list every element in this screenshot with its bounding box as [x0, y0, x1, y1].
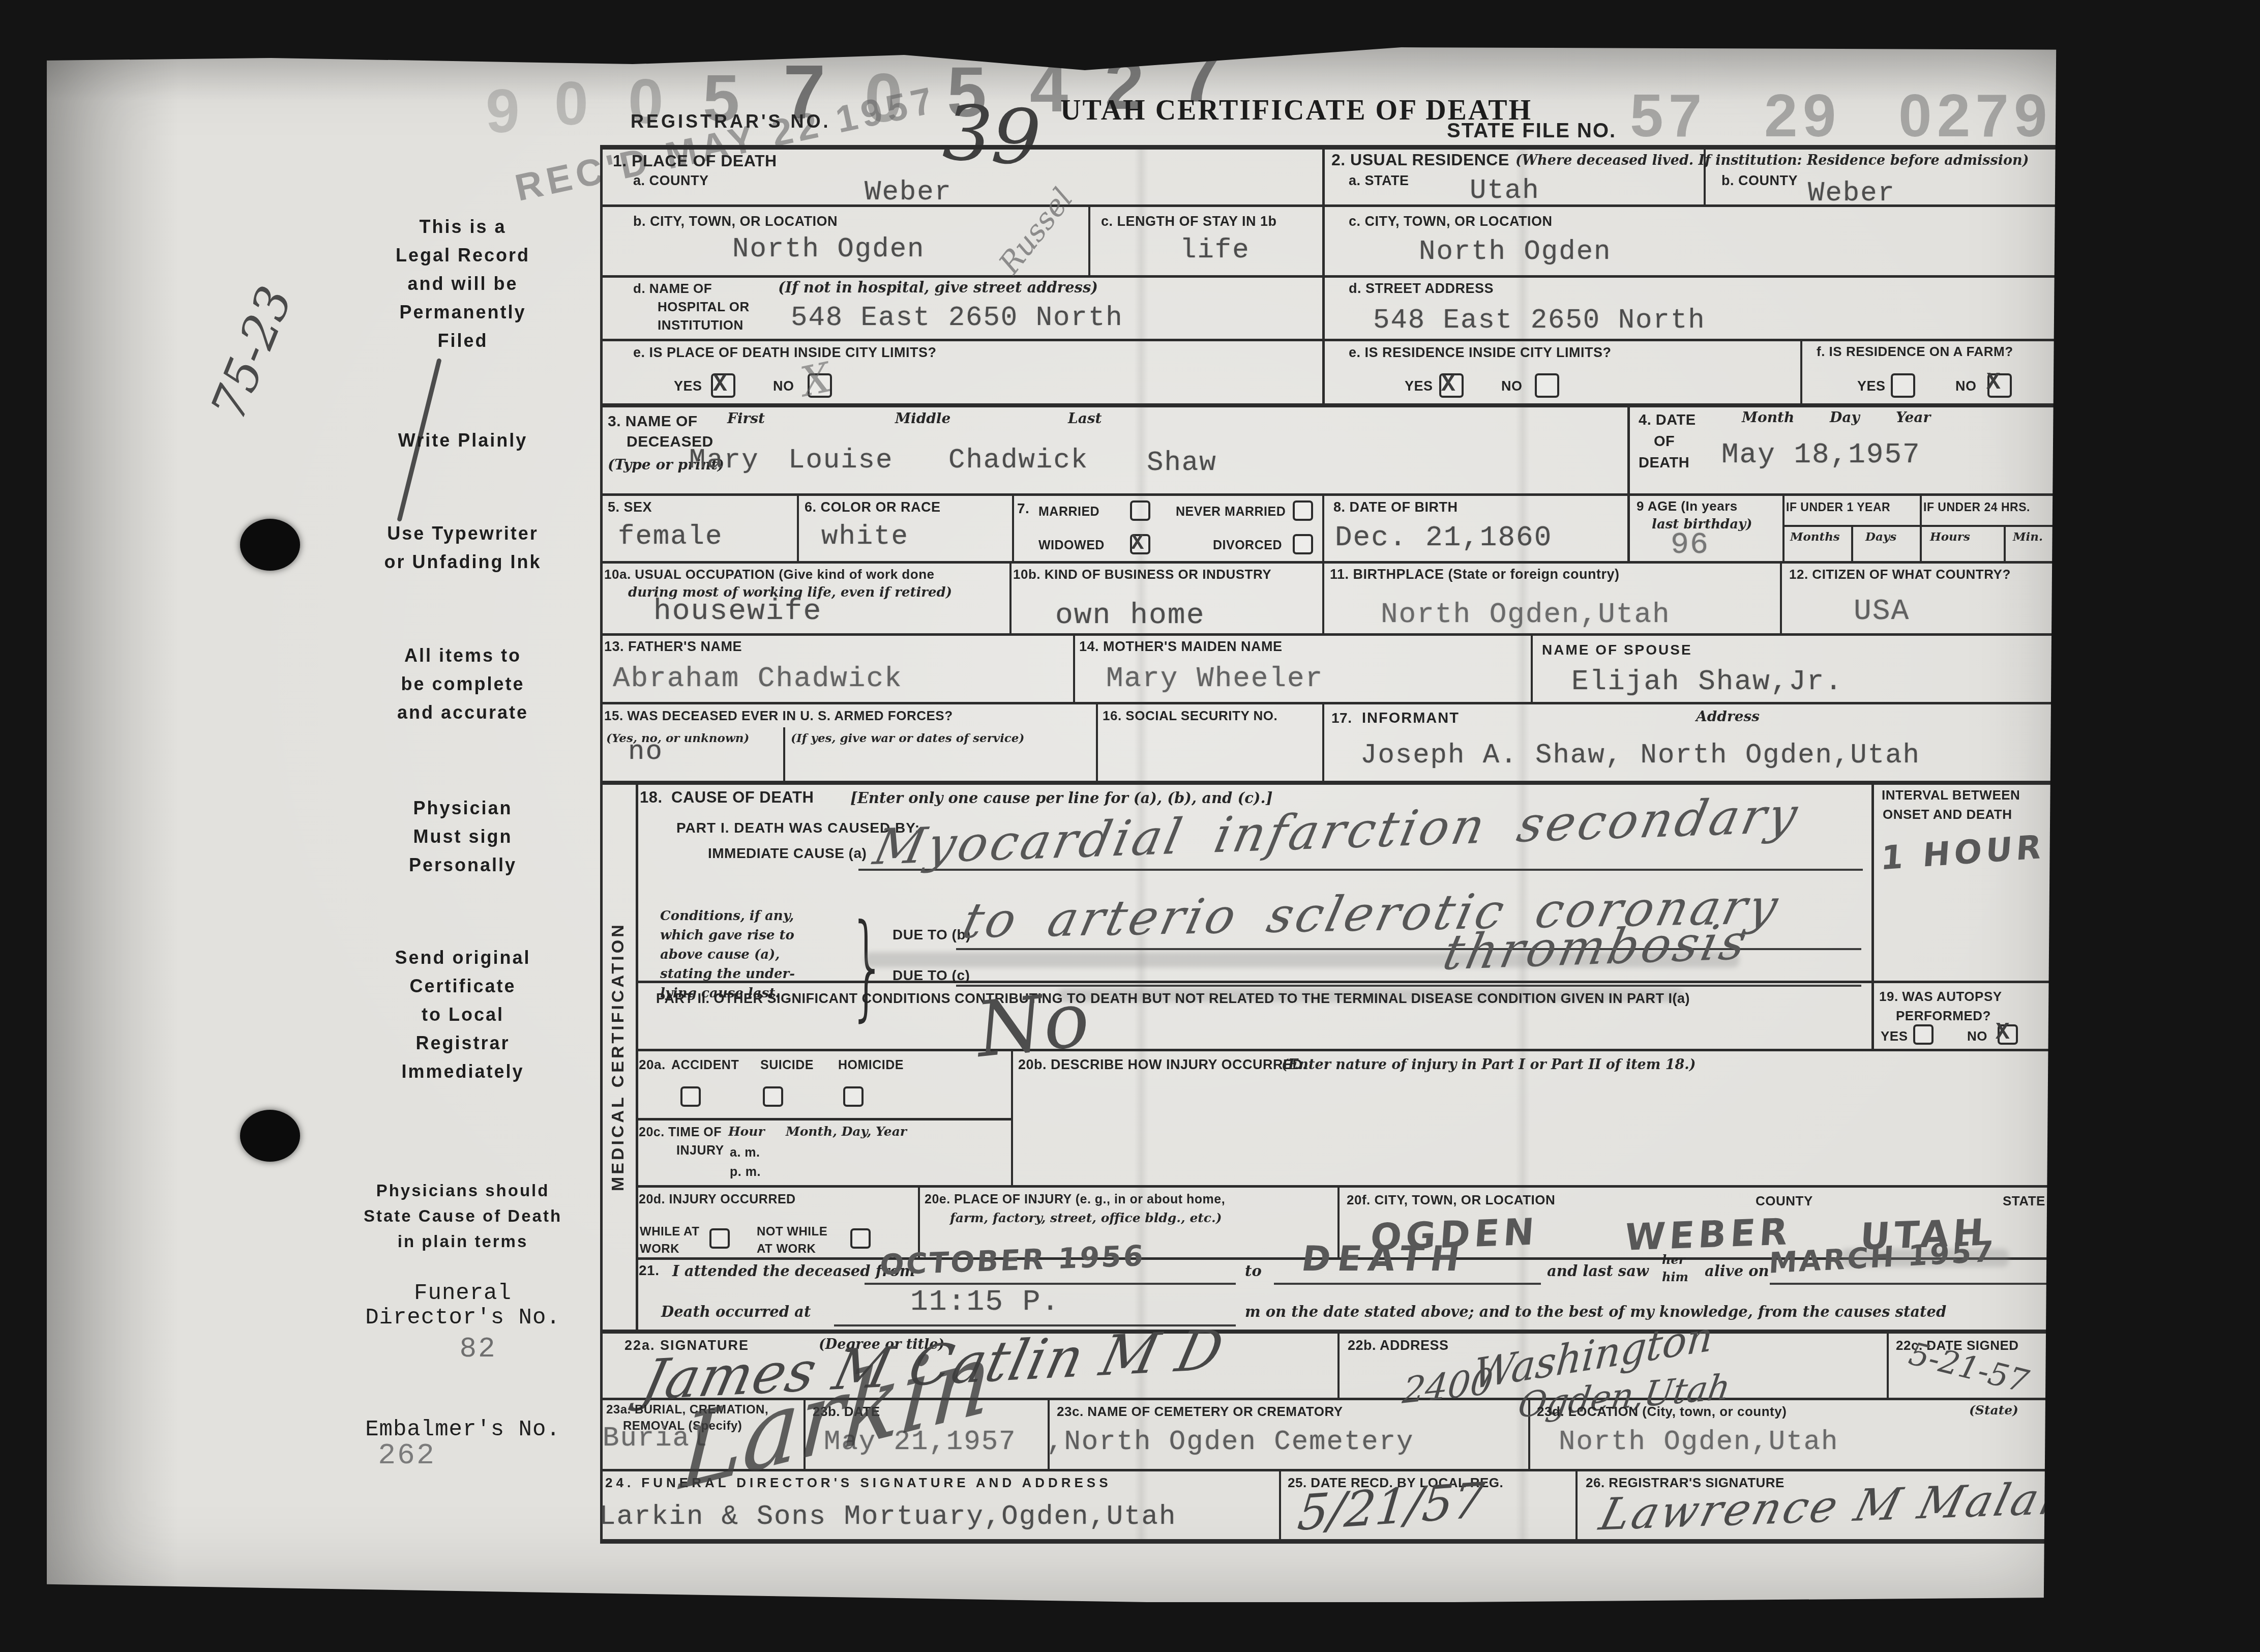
disposition-location-label: 23d. LOCATION (City, town, or county)	[1537, 1404, 1787, 1420]
margin-note: Physician	[320, 798, 605, 819]
no-label: NO	[1967, 1028, 1987, 1044]
checkbox-residence-limits-no	[1535, 373, 1559, 398]
injury-county-value: WEBER	[1623, 1210, 1793, 1259]
cause-note: [Enter only one cause per line for (a), …	[850, 789, 1272, 807]
informant-address-header: Address	[1696, 708, 1760, 725]
date-of-death-label: DEATH	[1639, 455, 1689, 471]
cemetery-value: ,North Ogden Cemetery	[1047, 1427, 1414, 1458]
margin-note: and accurate	[320, 702, 605, 723]
grid-line	[1627, 403, 1630, 561]
grid-line	[1322, 145, 1325, 404]
describe-injury-label: 20b. DESCRIBE HOW INJURY OCCURRED.	[1018, 1057, 1307, 1073]
state-note: (State)	[1969, 1403, 2018, 1418]
her-text: her	[1662, 1252, 1685, 1267]
registrars-no-value: 39	[940, 88, 1044, 184]
grid-line	[636, 1049, 2061, 1051]
months-label: Months	[1790, 530, 1840, 544]
embalmers-no-label: Embalmer's No.	[320, 1417, 605, 1442]
describe-injury-note: (Enter nature of injury in Part I or Par…	[1282, 1057, 1696, 1073]
grid-line	[600, 1539, 2061, 1544]
hospital-label: HOSPITAL OR	[658, 299, 750, 315]
checkbox-mark: X	[713, 371, 727, 398]
due-to-c-label: DUE TO (c)	[893, 967, 970, 984]
mother-value: Mary Wheeler	[1106, 662, 1323, 695]
sex-value: female	[618, 521, 723, 552]
yes-label: YES	[1857, 378, 1886, 394]
industry-value: own home	[1055, 599, 1205, 632]
state-label: a. STATE	[1349, 173, 1409, 189]
place-of-injury-note: farm, factory, street, office bldg., etc…	[950, 1211, 1222, 1225]
margin-note: to Local	[320, 1004, 605, 1025]
injury-county-label: COUNTY	[1756, 1193, 1813, 1209]
blank-line	[1770, 1283, 2055, 1285]
armed-forces-label: 15. WAS DECEASED EVER IN U. S. ARMED FOR…	[604, 708, 953, 724]
grid-line	[1322, 493, 1324, 561]
checkbox-not-while-at-work	[850, 1228, 871, 1249]
yes-label: YES	[1881, 1028, 1908, 1044]
grid-line	[2004, 525, 2006, 561]
him-text: him	[1662, 1270, 1688, 1284]
grid-line	[600, 339, 2061, 341]
father-value: Abraham Chadwick	[613, 662, 903, 695]
attendance-num: 21.	[639, 1262, 659, 1279]
grid-line	[600, 275, 2061, 278]
grid-line	[636, 1185, 2061, 1188]
stay-label: c. LENGTH OF STAY IN 1b	[1101, 214, 1277, 229]
no-label: NO	[1955, 378, 1977, 394]
sex-label: 5. SEX	[608, 499, 652, 515]
checkbox-suicide	[763, 1086, 783, 1107]
middle-name-value: Chadwick	[948, 445, 1088, 476]
last-saw-text: and last saw	[1547, 1262, 1649, 1280]
checkbox-mark: X	[1131, 531, 1144, 555]
embalmers-no-value: 262	[264, 1439, 549, 1472]
date-of-death-value: May 18,1957	[1721, 438, 1921, 471]
stamp-digit: 9	[486, 76, 520, 146]
margin-note: and will be	[320, 273, 605, 294]
grid-line	[600, 145, 2061, 150]
year-header: Year	[1896, 409, 1930, 426]
spouse-label: NAME OF SPOUSE	[1542, 642, 1692, 658]
informant-value: Joseph A. Shaw, North Ogden,Utah	[1360, 740, 1920, 771]
grid-line	[636, 781, 638, 1331]
farm-label: f. IS RESIDENCE ON A FARM?	[1817, 344, 2013, 360]
injury-occurred-label: 20d. INJURY OCCURRED	[639, 1192, 796, 1207]
grid-line	[600, 1330, 2061, 1334]
checkbox-autopsy-yes	[1913, 1024, 1934, 1045]
margin-note: Send original	[320, 947, 605, 968]
grid-line	[1012, 493, 1014, 561]
margin-note: Filed	[320, 330, 605, 351]
no-label: NO	[1501, 378, 1523, 394]
informant-num: 17.	[1331, 710, 1352, 726]
county-label: b. COUNTY	[1721, 173, 1798, 189]
widowed-label: WIDOWED	[1038, 538, 1105, 553]
margin-note: All items to	[320, 645, 605, 666]
margin-note: Registrar	[320, 1032, 605, 1054]
if-under-1-year-label: IF UNDER 1 YEAR	[1786, 500, 1890, 514]
death-time-value: 11:15 P.	[910, 1286, 1060, 1319]
hospital-label: d. NAME OF	[633, 281, 712, 297]
armed-forces-note: (If yes, give war or dates of service)	[791, 731, 1024, 745]
grid-line	[783, 727, 785, 781]
margin-note: Must sign	[320, 826, 605, 847]
conditions-note: which gave rise to	[660, 928, 794, 943]
deceased-name-label: 3. NAME OF	[608, 413, 698, 430]
grid-line	[1088, 204, 1090, 275]
spouse-value: Elijah Shaw,Jr.	[1571, 665, 1843, 698]
grid-line	[1851, 525, 1853, 561]
punch-hole	[240, 519, 300, 571]
if-under-24-hrs-label: IF UNDER 24 HRS.	[1923, 500, 2030, 514]
injury-20a-num: 20a.	[639, 1057, 666, 1073]
date-of-death-label: 4. DATE	[1639, 412, 1696, 429]
interval-label: INTERVAL BETWEEN	[1882, 787, 2020, 803]
not-while-at-work-label: AT WORK	[757, 1242, 816, 1256]
hospital-note: (If not in hospital, give street address…	[778, 279, 1098, 296]
conditions-note: above cause (a),	[660, 947, 780, 962]
state-value: Utah	[1470, 175, 1540, 206]
address-label: 22b. ADDRESS	[1348, 1338, 1449, 1353]
place-of-injury-label: 20e. PLACE OF INJURY (e. g., in or about…	[925, 1192, 1225, 1207]
min-label: Min.	[2013, 530, 2043, 544]
armed-forces-value: no	[628, 736, 663, 768]
conditions-note: stating the under-	[660, 966, 795, 982]
usual-residence-note: (Where deceased lived. If institution: R…	[1515, 153, 2029, 168]
disposition-location-value: North Ogden,Utah	[1559, 1427, 1838, 1458]
blank-line	[865, 1283, 1236, 1285]
immediate-cause-label: IMMEDIATE CAUSE (a)	[708, 845, 867, 862]
cause-line-c	[956, 985, 1861, 987]
grid-line	[1575, 1469, 1578, 1539]
photo-border-right	[2043, 0, 2260, 1652]
funeral-directors-no-value: 82	[336, 1333, 620, 1365]
cause-num: 18.	[640, 788, 663, 807]
city-value: North Ogden	[1419, 237, 1611, 268]
grid-line	[1920, 493, 1922, 561]
pm-label: p. m.	[730, 1165, 761, 1179]
margin-note: Write Plainly	[320, 430, 605, 451]
alive-on-text: alive on	[1705, 1262, 1769, 1280]
middle-name-header: Middle	[895, 410, 950, 427]
checkbox-never-married	[1293, 500, 1313, 521]
grid-line	[1073, 633, 1075, 702]
city-label: c. CITY, TOWN, OR LOCATION	[1349, 214, 1553, 229]
time-of-injury-label: INJURY	[676, 1143, 724, 1158]
margin-note: Personally	[320, 854, 605, 876]
checkbox-mark: X	[1996, 1019, 2010, 1046]
checkbox-divorced	[1293, 534, 1313, 554]
city-value: North Ogden	[732, 234, 925, 265]
county-value: Weber	[865, 177, 952, 208]
date-of-death-label: OF	[1654, 433, 1675, 450]
margin-note: Legal Record	[320, 245, 605, 266]
time-of-injury-label: 20c. TIME OF	[639, 1125, 722, 1140]
injury-city-label: 20f. CITY, TOWN, OR LOCATION	[1347, 1192, 1555, 1208]
usual-residence-title: 2. USUAL RESIDENCE	[1331, 151, 1509, 169]
interval-label: ONSET AND DEATH	[1883, 807, 2012, 822]
divorced-label: DIVORCED	[1213, 538, 1282, 553]
checkbox-homicide	[843, 1086, 864, 1107]
checkbox-married	[1130, 500, 1150, 521]
citizen-label: 12. CITIZEN OF WHAT COUNTRY?	[1789, 567, 2011, 582]
checkbox-mark: X	[1441, 371, 1455, 398]
homicide-label: HOMICIDE	[838, 1058, 904, 1073]
autopsy-label: PERFORMED?	[1896, 1008, 1991, 1024]
grid-line	[1800, 339, 1802, 403]
last-name-header: Last	[1068, 410, 1102, 427]
father-label: 13. FATHER'S NAME	[604, 639, 742, 655]
hour-label: Hour	[728, 1124, 765, 1139]
checkbox-accident	[680, 1086, 701, 1107]
margin-note: Use Typewriter	[320, 523, 605, 544]
stay-value: life	[1180, 235, 1250, 266]
grid-line	[600, 403, 2061, 407]
blank-line	[1274, 1283, 1541, 1285]
city-limits-label: e. IS PLACE OF DEATH INSIDE CITY LIMITS?	[633, 345, 937, 361]
checkbox-mark: X	[1986, 369, 2001, 396]
cause-c-value: thrombosis	[1438, 914, 1754, 981]
married-label: MARRIED	[1038, 505, 1099, 519]
margin-note: Immediately	[320, 1061, 605, 1082]
grid-line	[1322, 561, 1324, 633]
margin-note: Physicians should	[320, 1181, 605, 1200]
hours-label: Hours	[1930, 530, 1970, 544]
birthplace-value: North Ogden,Utah	[1381, 598, 1671, 631]
cemetery-label: 23c. NAME OF CEMETERY OR CREMATORY	[1057, 1404, 1343, 1420]
ssn-label: 16. SOCIAL SECURITY NO.	[1103, 708, 1277, 724]
suicide-label: SUICIDE	[760, 1058, 814, 1073]
street-label: d. STREET ADDRESS	[1349, 281, 1494, 297]
month-header: Month	[1742, 409, 1794, 426]
informant-label: INFORMANT	[1362, 710, 1460, 727]
grid-line	[1096, 702, 1098, 781]
state-file-value: 57 29 0279	[1630, 81, 2053, 151]
city-label: b. CITY, TOWN, OR LOCATION	[633, 214, 838, 229]
death-occurred-tail: m on the date stated above; and to the b…	[1245, 1303, 1946, 1320]
grid-line	[600, 781, 2061, 785]
last-name-value: Shaw	[1147, 448, 1217, 479]
grid-line	[600, 493, 2061, 496]
margin-note: Permanently	[320, 302, 605, 323]
part2-label: PART II. OTHER SIGNIFICANT CONDITIONS CO…	[656, 991, 1690, 1007]
marital-num: 7.	[1017, 500, 1029, 517]
occupation-value: housewife	[653, 595, 822, 628]
grid-line	[1009, 561, 1012, 633]
grid-line	[1531, 633, 1533, 702]
to-text: to	[1245, 1262, 1262, 1280]
first-name-value: Mary	[689, 445, 759, 476]
injury-state-label: STATE	[2003, 1193, 2045, 1209]
checkbox-while-at-work	[709, 1228, 730, 1249]
scanned-death-certificate: { "surround": { "file_note": "75-23" }, …	[0, 0, 2260, 1652]
grid-line	[1322, 702, 1324, 781]
grid-line	[600, 702, 2061, 704]
street-value: 548 East 2650 North	[1373, 305, 1706, 336]
death-occurred-text: Death occurred at	[661, 1303, 811, 1320]
hospital-label: INSTITUTION	[658, 317, 744, 333]
county-value: Weber	[1808, 178, 1895, 209]
yes-label: YES	[674, 378, 702, 394]
yes-label: YES	[1405, 378, 1433, 394]
citizen-value: USA	[1854, 595, 1910, 628]
margin-note: in plain terms	[320, 1232, 605, 1251]
age-value: 96	[1671, 528, 1709, 563]
while-at-work-label: WHILE AT	[640, 1225, 699, 1239]
mother-label: 14. MOTHER'S MAIDEN NAME	[1079, 639, 1282, 655]
never-married-label: NEVER MARRIED	[1176, 505, 1286, 519]
residence-limits-label: e. IS RESIDENCE INSIDE CITY LIMITS?	[1349, 345, 1612, 361]
occupation-label: 10a. USUAL OCCUPATION (Give kind of work…	[604, 567, 934, 582]
place-of-death-title: 1. PLACE OF DEATH	[613, 152, 777, 170]
grid-line	[600, 561, 2061, 564]
birthplace-label: 11. BIRTHPLACE (State or foreign country…	[1330, 567, 1620, 582]
days-label: Days	[1865, 530, 1896, 544]
margin-note: This is a	[320, 216, 605, 238]
no-label: NO	[773, 378, 794, 394]
first-name-value-2: Louise	[788, 445, 893, 476]
conditions-note: Conditions, if any,	[660, 908, 794, 924]
funeral-directors-no-label: Funeral	[320, 1281, 605, 1306]
grid-line	[1871, 781, 1874, 1049]
grid-line	[636, 1118, 1013, 1120]
registrars-no-label: REGISTRAR'S NO.	[631, 111, 831, 132]
grid-line	[1782, 493, 1785, 561]
stamp-digit: 0	[554, 69, 588, 139]
funeral-director-value: Larkin & Sons Mortuary,Ogden,Utah	[599, 1501, 1176, 1532]
hospital-value: 548 East 2650 North	[791, 303, 1123, 334]
grid-line	[918, 1185, 920, 1257]
grid-line	[1780, 561, 1782, 633]
month-day-year-label: Month, Day, Year	[786, 1124, 907, 1139]
while-at-work-label: WORK	[640, 1242, 679, 1256]
grid-line	[600, 633, 2061, 636]
grid-line	[797, 493, 799, 561]
funeral-directors-no-label: Director's No.	[320, 1305, 605, 1331]
accident-label: ACCIDENT	[671, 1058, 739, 1073]
attended-to-value: DEATH	[1299, 1239, 1469, 1279]
county-label: a. COUNTY	[633, 173, 709, 189]
margin-note: State Cause of Death	[320, 1206, 605, 1226]
first-name-header: First	[727, 410, 765, 427]
day-header: Day	[1830, 409, 1860, 426]
margin-note: or Unfading Ink	[320, 551, 605, 573]
checkbox-farm-yes	[1891, 373, 1915, 398]
industry-label: 10b. KIND OF BUSINESS OR INDUSTRY	[1013, 567, 1271, 582]
grid-line	[1337, 1330, 1340, 1398]
grid-line	[1279, 1469, 1281, 1539]
medical-certification-sidebar: MEDICAL CERTIFICATION	[601, 786, 635, 1327]
margin-note: be complete	[320, 673, 605, 695]
punch-hole	[240, 1110, 300, 1162]
photo-border-left	[0, 0, 47, 1652]
cause-title: CAUSE OF DEATH	[671, 788, 814, 807]
date-of-birth-value: Dec. 21,1860	[1335, 521, 1552, 554]
date-of-birth-label: 8. DATE OF BIRTH	[1333, 499, 1458, 515]
am-label: a. m.	[730, 1145, 760, 1160]
race-value: white	[821, 521, 909, 552]
not-while-at-work-label: NOT WHILE	[757, 1225, 827, 1239]
race-label: 6. COLOR OR RACE	[805, 499, 941, 515]
state-file-label: STATE FILE NO.	[1447, 120, 1616, 142]
autopsy-label: 19. WAS AUTOPSY	[1879, 989, 2002, 1005]
margin-note: Certificate	[320, 976, 605, 997]
grid-line	[1887, 1330, 1889, 1398]
age-label: 9 AGE (In years	[1637, 498, 1738, 514]
